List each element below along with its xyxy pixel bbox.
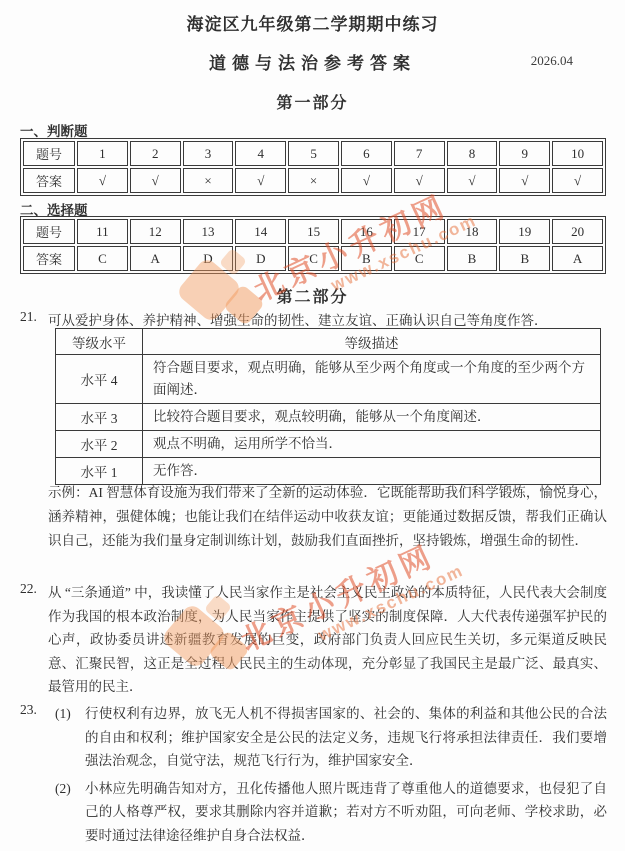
subtitle-row: 道德与法治参考答案 2026.04 bbox=[0, 49, 625, 71]
judgement-answer: × bbox=[183, 168, 234, 193]
rubric-row-level2: 水平 2 观点不明确，运用所学不恰当． bbox=[56, 431, 601, 458]
judgement-answer: √ bbox=[394, 168, 445, 193]
q21-number: 21. bbox=[20, 309, 37, 325]
choice-qnum: 17 bbox=[394, 219, 445, 244]
judgement-answer: √ bbox=[77, 168, 128, 193]
choice-answer: C bbox=[394, 246, 445, 271]
judgement-qnum: 9 bbox=[499, 141, 550, 166]
judgement-qnum: 1 bbox=[77, 141, 128, 166]
judgement-qnum: 5 bbox=[288, 141, 339, 166]
q21-lead: 可从爱护身体、养护精神、增强生命的韧性、建立友谊、正确认识自己等角度作答． bbox=[48, 309, 607, 329]
q23-item-1: (1) 行使权利有边界，放飞无人机不得损害国家的、社会的、集体的利益和其他公民的… bbox=[85, 702, 607, 773]
q23-item-2-text: 小林应先明确告知对方，丑化传播他人照片既违背了尊重他人的道德要求，也侵犯了自己的… bbox=[85, 777, 607, 848]
judgement-section-heading: 一、判断题 bbox=[20, 120, 88, 140]
judgement-answer: × bbox=[288, 168, 339, 193]
choice-answer: B bbox=[447, 246, 498, 271]
choice-answer-row: 答案 C A D D C B C B B A bbox=[23, 246, 603, 271]
judgement-qnum: 3 bbox=[183, 141, 234, 166]
rubric-desc: 符合题目要求，观点明确，能够从至少两个角度或一个角度的至少两个方面阐述． bbox=[143, 355, 601, 404]
choice-qnum: 13 bbox=[183, 219, 234, 244]
judgement-answer: √ bbox=[130, 168, 181, 193]
rubric-level: 水平 4 bbox=[56, 355, 143, 404]
rubric-level: 水平 2 bbox=[56, 431, 143, 458]
q23-item-2: (2) 小林应先明确告知对方，丑化传播他人照片既违背了尊重他人的道德要求，也侵犯… bbox=[85, 777, 607, 848]
choice-number-label: 题号 bbox=[23, 219, 75, 244]
judgement-number-label: 题号 bbox=[23, 141, 75, 166]
choice-answer-label: 答案 bbox=[23, 246, 75, 271]
choice-answer: B bbox=[341, 246, 392, 271]
q22-number: 22. bbox=[20, 581, 37, 597]
judgement-qnum: 4 bbox=[235, 141, 286, 166]
judgement-answer-label: 答案 bbox=[23, 168, 75, 193]
choice-table: 题号 11 12 13 14 15 16 17 18 19 20 答案 C A … bbox=[20, 216, 606, 274]
judgement-qnum: 7 bbox=[394, 141, 445, 166]
q23-number: 23. bbox=[20, 702, 37, 718]
part1-heading: 第一部分 bbox=[0, 90, 625, 113]
choice-answer: A bbox=[552, 246, 603, 271]
answer-key-document: 海淀区九年级第二学期期中练习 道德与法治参考答案 2026.04 第一部分 一、… bbox=[0, 0, 625, 851]
choice-qnum: 20 bbox=[552, 219, 603, 244]
choice-qnum: 15 bbox=[288, 219, 339, 244]
judgement-answer: √ bbox=[447, 168, 498, 193]
judgement-number-row: 题号 1 2 3 4 5 6 7 8 9 10 bbox=[23, 141, 603, 166]
q21-rubric-table: 等级水平 等级描述 水平 4 符合题目要求，观点明确，能够从至少两个角度或一个角… bbox=[55, 328, 601, 485]
judgement-table: 题号 1 2 3 4 5 6 7 8 9 10 答案 √ √ × √ × √ √… bbox=[20, 138, 606, 196]
judgement-answer: √ bbox=[552, 168, 603, 193]
choice-qnum: 14 bbox=[235, 219, 286, 244]
choice-answer: B bbox=[499, 246, 550, 271]
rubric-desc: 观点不明确，运用所学不恰当． bbox=[143, 431, 601, 458]
document-date: 2026.04 bbox=[531, 53, 573, 69]
choice-answer: C bbox=[288, 246, 339, 271]
rubric-desc: 比较符合题目要求，观点较明确，能够从一个角度阐述． bbox=[143, 404, 601, 431]
judgement-qnum: 2 bbox=[130, 141, 181, 166]
rubric-row-level4: 水平 4 符合题目要求，观点明确，能够从至少两个角度或一个角度的至少两个方面阐述… bbox=[56, 355, 601, 404]
document-title: 海淀区九年级第二学期期中练习 bbox=[0, 10, 625, 35]
judgement-qnum: 6 bbox=[341, 141, 392, 166]
q21-example: 示例：AI 智慧体育设施为我们带来了全新的运动体验．它既能帮助我们科学锻炼，愉悦… bbox=[48, 481, 607, 553]
choice-qnum: 11 bbox=[77, 219, 128, 244]
rubric-desc-header: 等级描述 bbox=[143, 329, 601, 355]
choice-number-row: 题号 11 12 13 14 15 16 17 18 19 20 bbox=[23, 219, 603, 244]
choice-qnum: 19 bbox=[499, 219, 550, 244]
part2-heading: 第二部分 bbox=[0, 284, 625, 307]
rubric-header-row: 等级水平 等级描述 bbox=[56, 329, 601, 355]
q23-item-1-label: (1) bbox=[55, 702, 71, 726]
choice-qnum: 16 bbox=[341, 219, 392, 244]
choice-answer: D bbox=[183, 246, 234, 271]
rubric-level: 水平 3 bbox=[56, 404, 143, 431]
choice-answer: A bbox=[130, 246, 181, 271]
q23-item-1-text: 行使权利有边界，放飞无人机不得损害国家的、社会的、集体的利益和其他公民的合法的自… bbox=[85, 702, 607, 773]
choice-qnum: 12 bbox=[130, 219, 181, 244]
rubric-row-level3: 水平 3 比较符合题目要求，观点较明确，能够从一个角度阐述． bbox=[56, 404, 601, 431]
q23-items: (1) 行使权利有边界，放飞无人机不得损害国家的、社会的、集体的利益和其他公民的… bbox=[85, 702, 607, 851]
judgement-answer: √ bbox=[341, 168, 392, 193]
judgement-qnum: 8 bbox=[447, 141, 498, 166]
judgement-answer: √ bbox=[499, 168, 550, 193]
rubric-level-header: 等级水平 bbox=[56, 329, 143, 355]
choice-qnum: 18 bbox=[447, 219, 498, 244]
judgement-answer-row: 答案 √ √ × √ × √ √ √ √ √ bbox=[23, 168, 603, 193]
judgement-answer: √ bbox=[235, 168, 286, 193]
q22-text: 从 “三条通道” 中，我读懂了人民当家作主是社会主义民主政治的本质特征，人民代表… bbox=[48, 581, 607, 699]
q23-item-2-label: (2) bbox=[55, 777, 71, 801]
choice-answer: C bbox=[77, 246, 128, 271]
judgement-qnum: 10 bbox=[552, 141, 603, 166]
choice-answer: D bbox=[235, 246, 286, 271]
